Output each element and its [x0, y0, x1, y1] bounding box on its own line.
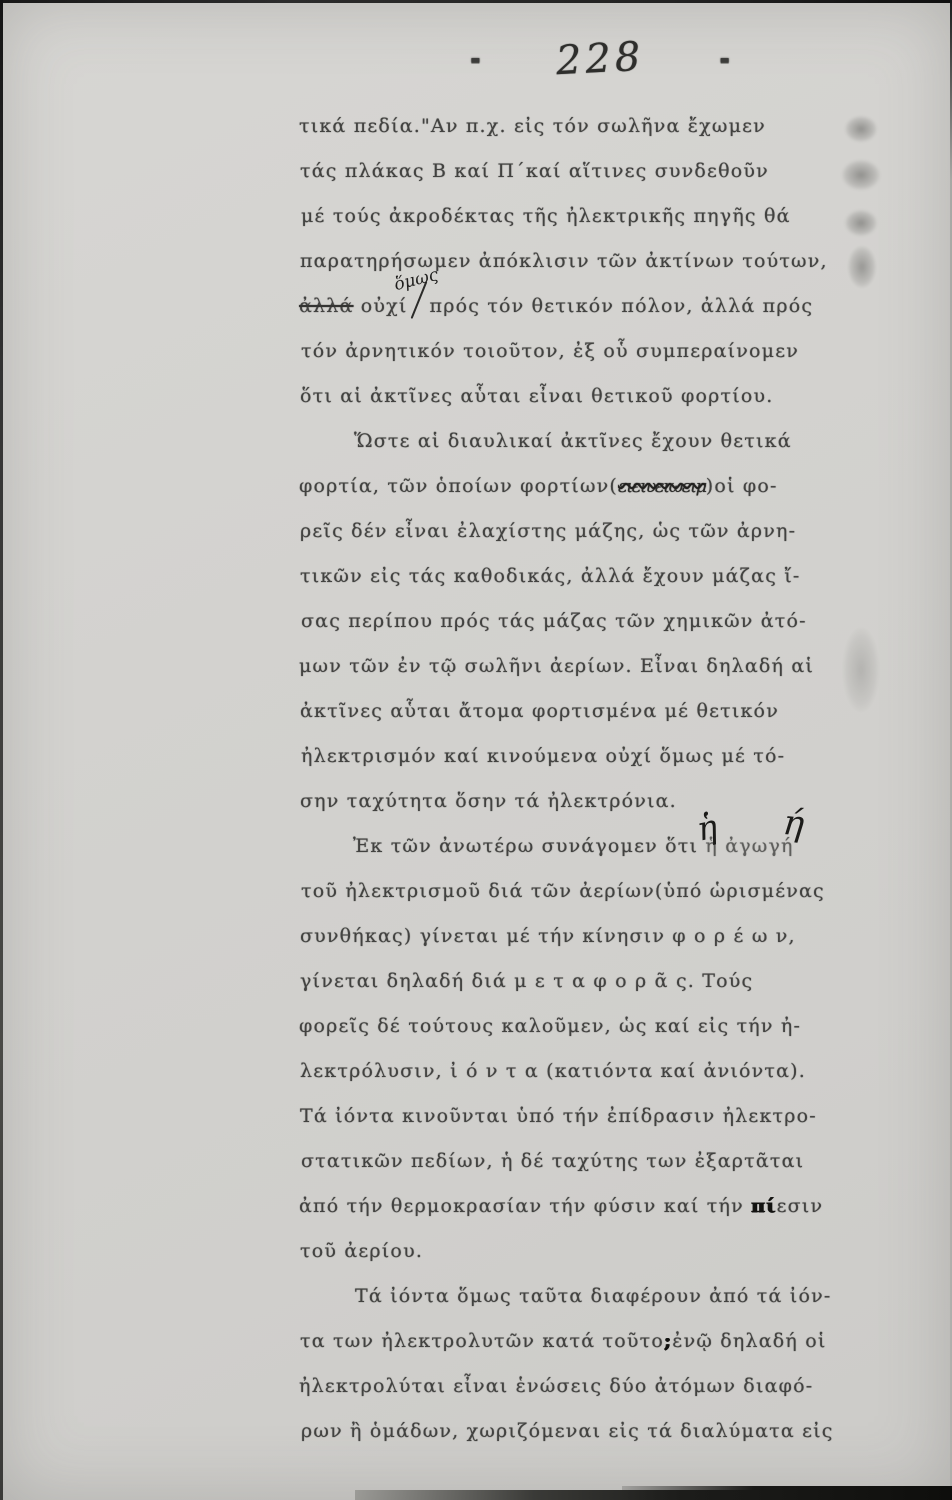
typed-line: τικῶν εἰς τάς καθοδικάς, ἀλλά ἔχουν μάζα…: [300, 554, 940, 599]
typed-line: τοῦ ἠλεκτρισμοῦ διά τῶν ἀερίων(ὑπό ὡρισμ…: [301, 869, 941, 914]
typed-line: τικά πεδία."Αν π.χ. εἰς τόν σωλῆνα ἔχωμε…: [299, 104, 939, 149]
scan-edge-top: [0, 0, 952, 3]
typed-line-with-overtype: ἀπό τήν θερμοκρασίαν τήν φύσιν καί τήν π…: [299, 1184, 939, 1229]
typed-line: γίνεται δηλαδή διά μ ε τ α φ ο ρ ᾶ ς. Το…: [300, 959, 940, 1004]
scribbled-out-word: ειειυειωειμ: [618, 476, 706, 497]
typed-line: ἠλεκτρισμόν καί κινούμενα οὐχί ὅμως μέ τ…: [301, 734, 941, 779]
page-number: 228: [555, 34, 646, 85]
scan-edge-left: [0, 0, 3, 1500]
typed-line: συνθήκας) γίνεται μέ τήν κίνησιν φ ο ρ έ…: [300, 914, 940, 959]
typed-line-with-overtype: τα των ἠλεκτρολυτῶν κατά τοῦτο;ἐνῷ δηλαδ…: [300, 1319, 940, 1364]
typed-line: ρων ἢ ὁμάδων, χωριζόμεναι εἰς τά διαλύμα…: [301, 1409, 941, 1454]
header-dash-left: -: [470, 42, 481, 76]
insertion-mark: ὅμως: [408, 288, 430, 318]
typed-line: τόν ἀρνητικόν τοιοῦτον, ἐξ οὗ συμπεραίνο…: [301, 329, 941, 374]
typed-line: Ὥστε αἱ διαυλικαί ἀκτῖνες ἔχουν θετικά: [300, 419, 940, 464]
handwritten-accent-overlay: ή: [782, 806, 808, 843]
typed-line-with-scribble: φορτία, τῶν ὁποίων φορτίων(ειειυειωειμ)ο…: [299, 464, 939, 509]
typed-line: τάς πλάκας Β καί Π´καί αἵτινες συνδεθοῦν: [300, 149, 940, 194]
overtyped-letters: πί: [751, 1195, 777, 1217]
typed-line: ρεῖς δέν εἶναι ἐλαχίστης μάζης, ὡς τῶν ἀ…: [300, 509, 940, 554]
typed-line: ὅτι αἱ ἀκτῖνες αὗται εἶναι θετικοῦ φορτί…: [300, 374, 940, 419]
handwritten-overwrite: ἡ ἀγωγήἡή: [705, 824, 793, 869]
page-header: - 228 -: [470, 36, 730, 82]
typed-line: σας περίπου πρός τάς μάζας τῶν χημικῶν ἀ…: [301, 599, 941, 644]
typed-line: στατικῶν πεδίων, ἡ δέ ταχύτης των ἐξαρτᾶ…: [301, 1139, 941, 1184]
typed-line-with-overwrite: Ἐκ τῶν ἀνωτέρω συνάγομεν ὅτι ἡ ἀγωγήἡή: [299, 824, 939, 869]
typed-line: φορεῖς δέ τούτους καλοῦμεν, ὡς καί εἰς τ…: [299, 1004, 939, 1049]
typed-line: ἀκτῖνες αὗται ἄτομα φορτισμένα μέ θετικό…: [300, 689, 940, 734]
header-dash-right: -: [719, 42, 730, 76]
typed-line: μων τῶν ἐν τῷ σωλῆνι ἀερίων. Εἶναι δηλαδ…: [299, 644, 939, 689]
typed-line: λεκτρόλυσιν, ἰ ό ν τ α (κατιόντα καί ἀνι…: [300, 1049, 940, 1094]
typed-line: Τά ἰόντα ὅμως ταῦτα διαφέρουν ἀπό τά ἰόν…: [301, 1274, 941, 1319]
typed-text-block: τικά πεδία."Αν π.χ. εἰς τόν σωλῆνα ἔχωμε…: [300, 104, 940, 1454]
scanned-typewritten-page: - 228 - τικά πεδία."Αν π.χ. εἰς τόν σωλῆ…: [0, 0, 952, 1500]
scan-edge-bottom-corner: [622, 1486, 952, 1500]
typed-line: Τά ἰόντα κινοῦνται ὑπό τήν ἐπίδρασιν ἠλε…: [300, 1094, 940, 1139]
typed-line: σην ταχύτητα ὅσην τά ἠλεκτρόνια.: [300, 779, 940, 824]
typed-line-with-correction: ἀλλά οὐχίὅμωςπρός τόν θετικόν πόλον, ἀλλ…: [299, 284, 939, 329]
struck-out-word: ἀλλά: [299, 295, 354, 317]
typed-line: τοῦ ἀερίου.: [300, 1229, 940, 1274]
typed-line: μέ τούς ἀκροδέκτας τῆς ἠλεκτρικῆς πηγῆς …: [301, 194, 941, 239]
typed-line: ἠλεκτρολύται εἶναι ἑνώσεις δύο ἀτόμων δι…: [299, 1364, 939, 1409]
overtyped-punctuation: ;: [664, 1330, 672, 1352]
